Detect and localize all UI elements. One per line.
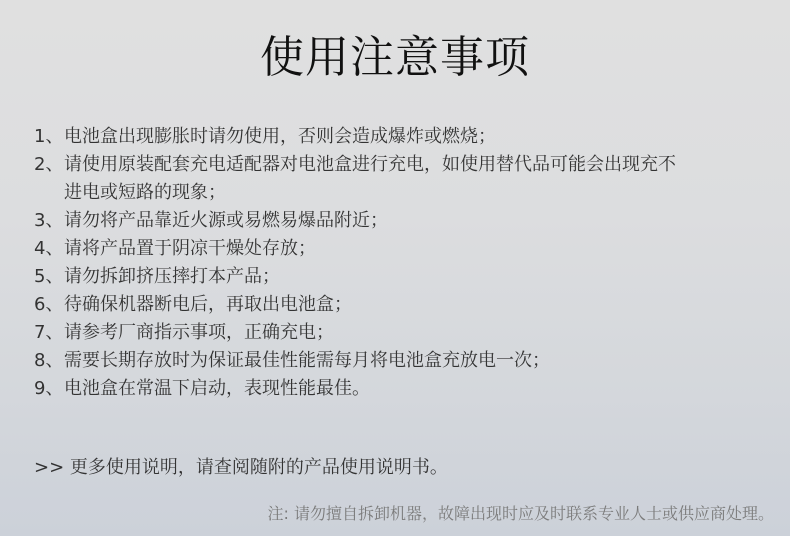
item-number: 6、 [34, 291, 64, 319]
item-text: 请勿将产品靠近火源或易燃易爆品附近； [64, 210, 388, 231]
item-number: 2、 [34, 151, 64, 207]
list-item: 6、 待确保机器断电后，再取出电池盒； [34, 291, 676, 319]
list-item: 4、 请将产品置于阴凉干燥处存放； [34, 235, 676, 263]
item-text: 请勿拆卸挤压摔打本产品； [64, 266, 280, 287]
item-text: 电池盒出现膨胀时请勿使用，否则会造成爆炸或燃烧； [64, 126, 496, 147]
precautions-list: 1、 电池盒出现膨胀时请勿使用，否则会造成爆炸或燃烧； 2、 请使用原装配套充电… [34, 123, 676, 403]
item-text: 请参考厂商指示事项，正确充电； [64, 322, 334, 343]
item-text: 待确保机器断电后，再取出电池盒； [64, 294, 352, 315]
item-number: 4、 [34, 235, 64, 263]
list-item: 2、 请使用原装配套充电适配器对电池盒进行充电，如使用替代品可能会出现充不 进电… [34, 151, 676, 207]
item-text: 电池盒在常温下启动，表现性能最佳。 [64, 378, 370, 399]
more-info-text: >> 更多使用说明，请查阅随附的产品使用说明书。 [34, 455, 448, 481]
item-number: 5、 [34, 263, 64, 291]
list-item: 9、 电池盒在常温下启动，表现性能最佳。 [34, 375, 676, 403]
item-number: 1、 [34, 123, 64, 151]
list-item: 1、 电池盒出现膨胀时请勿使用，否则会造成爆炸或燃烧； [34, 123, 676, 151]
list-item: 8、 需要长期存放时为保证最佳性能需每月将电池盒充放电一次； [34, 347, 676, 375]
item-text: 请使用原装配套充电适配器对电池盒进行充电，如使用替代品可能会出现充不 [64, 151, 676, 179]
instruction-page: 使用注意事项 1、 电池盒出现膨胀时请勿使用，否则会造成爆炸或燃烧； 2、 请使… [0, 0, 790, 536]
item-number: 7、 [34, 319, 64, 347]
item-number: 9、 [34, 375, 64, 403]
footnote: 注: 请勿擅自拆卸机器，故障出现时应及时联系专业人士或供应商处理。 [268, 501, 774, 527]
list-item: 3、 请勿将产品靠近火源或易燃易爆品附近； [34, 207, 676, 235]
item-text: 需要长期存放时为保证最佳性能需每月将电池盒充放电一次； [64, 350, 550, 371]
item-text-continuation: 进电或短路的现象； [64, 179, 676, 207]
item-number: 3、 [34, 207, 64, 235]
list-item: 7、 请参考厂商指示事项，正确充电； [34, 319, 676, 347]
item-number: 8、 [34, 347, 64, 375]
page-title: 使用注意事项 [0, 30, 790, 86]
item-text: 请将产品置于阴凉干燥处存放； [64, 238, 316, 259]
list-item: 5、 请勿拆卸挤压摔打本产品； [34, 263, 676, 291]
